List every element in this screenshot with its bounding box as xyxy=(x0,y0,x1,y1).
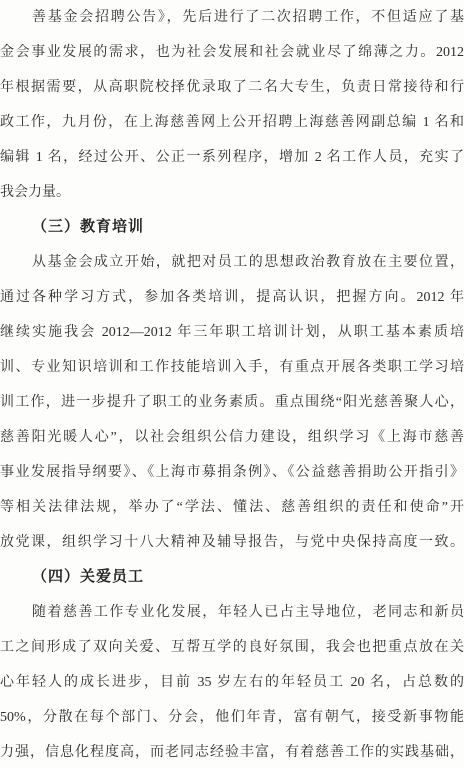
text-line: 善基金会招聘公告》，先后进行了二次招聘工作，不但适应了基 xyxy=(0,0,464,35)
text-line: 慈善阳光暖人心”，以社会组织公信力建设，组织学习《上海市慈善 xyxy=(0,420,464,455)
text-line: 从基金会成立开始，就把对员工的思想政治教育放在主要位置， xyxy=(0,245,464,280)
text-line: 训工作，进一步提升了职工的业务素质。重点围绕“阳光慈善聚人心， xyxy=(0,385,464,420)
text-line: 通过各种学习方式，参加各类培训，提高认识，把握方向。2012 年 xyxy=(0,280,464,315)
text-line: 金会事业发展的需求，也为社会发展和社会就业尽了绵薄之力。2012 xyxy=(0,35,464,70)
text-line: 力强，信息化程度高，而老同志经验丰富，有着慈善工作的实践基础， xyxy=(0,735,464,768)
text-line: 年根据需要，从高职院校择优录取了二名大专生，负责日常接待和行 xyxy=(0,70,464,105)
document-page: 善基金会招聘公告》，先后进行了二次招聘工作，不但适应了基金会事业发展的需求，也为… xyxy=(0,0,464,768)
text-line: 心年轻人的成长进步，目前 35 岁左右的年轻员工 20 名，占总数的 xyxy=(0,665,464,700)
text-line: 随着慈善工作专业化发展，年轻人已占主导地位，老同志和新员 xyxy=(0,595,464,630)
section-heading: （三）教育培训 xyxy=(0,210,464,245)
section-heading: （四）关爱员工 xyxy=(0,560,464,595)
text-line: 等相关法律法规，举办了“学法、懂法、慈善组织的责任和使命”开 xyxy=(0,490,464,525)
text-line: 我会力量。 xyxy=(0,175,464,210)
text-line: 训、专业知识培训和工作技能培训入手，有重点开展各类职工学习培 xyxy=(0,350,464,385)
text-line: 工之间形成了双向关爱、互帮互学的良好氛围，我会也把重点放在关 xyxy=(0,630,464,665)
text-line: 政工作，九月份，在上海慈善网上公开招聘上海慈善网副总编 1 名和 xyxy=(0,105,464,140)
text-line: 继续实施我会 2012—2012 年三年职工培训计划，从职工基本素质培 xyxy=(0,315,464,350)
text-line: 50%，分散在每个部门、分会，他们年青，富有朝气，接受新事物能 xyxy=(0,700,464,735)
text-line: 事业发展指导纲要》、《上海市募捐条例》、《公益慈善捐助公开指引》 xyxy=(0,455,464,490)
text-line: 放党课，组织学习十八大精神及辅导报告，与党中央保持高度一致。 xyxy=(0,525,464,560)
text-line: 编辑 1 名，经过公开、公正一系列程序，增加 2 名工作人员，充实了 xyxy=(0,140,464,175)
